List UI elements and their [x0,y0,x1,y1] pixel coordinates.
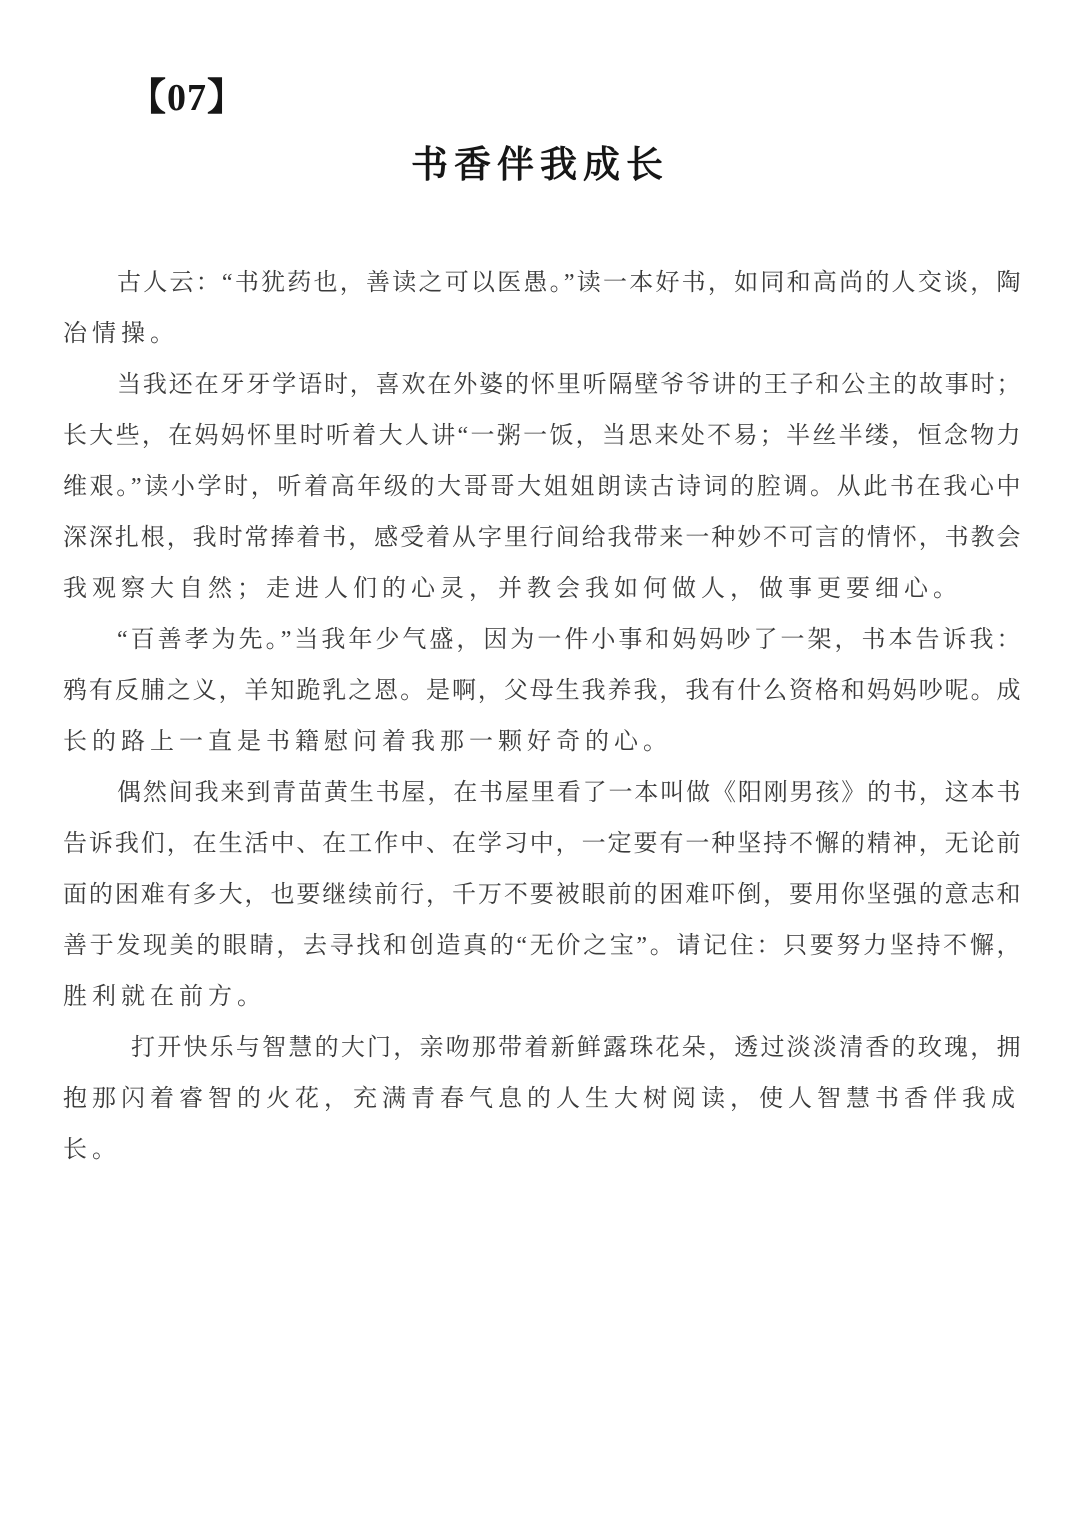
paragraph: 偶然间我来到青苗黄生书屋，在书屋里看了一本叫做《阳刚男孩》的书，这本书告诉我们，… [63,768,1021,1023]
text-line: 善于发现美的眼睛，去寻找和创造真的“无价之宝”。请记住：只要努力坚持不懈， [63,921,1021,972]
document-page: 【07】 书香伴我成长 古人云：“书犹药也，善读之可以医愚。”读一本好书，如同和… [0,0,1080,1527]
essay-body: 古人云：“书犹药也，善读之可以医愚。”读一本好书，如同和高尚的人交谈，陶冶情操。… [63,258,1021,1125]
text-line: 打开快乐与智慧的大门，亲吻那带着新鲜露珠花朵，透过淡淡清香的玫瑰，拥 [63,1023,1021,1074]
essay-number-tag: 【07】 [128,66,246,121]
text-line: 冶情操。 [63,309,1021,360]
text-line: 偶然间我来到青苗黄生书屋，在书屋里看了一本叫做《阳刚男孩》的书，这本书 [63,768,1021,819]
text-line: 维艰。”读小学时，听着高年级的大哥哥大姐姐朗读古诗词的腔调。从此书在我心中 [63,462,1021,513]
paragraph: 当我还在牙牙学语时，喜欢在外婆的怀里听隔壁爷爷讲的王子和公主的故事时；长大些，在… [63,360,1021,615]
essay-title: 书香伴我成长 [0,134,1080,188]
text-line: 鸦有反脯之义，羊知跪乳之恩。是啊，父母生我养我，我有什么资格和妈妈吵呢。成 [63,666,1021,717]
text-line: 长大些，在妈妈怀里时听着大人讲“一粥一饭，当思来处不易；半丝半缕，恒念物力 [63,411,1021,462]
text-line: 长的路上一直是书籍慰问着我那一颗好奇的心。 [63,717,1021,768]
text-line: 告诉我们，在生活中、在工作中、在学习中，一定要有一种坚持不懈的精神，无论前 [63,819,1021,870]
text-line: “百善孝为先。”当我年少气盛，因为一件小事和妈妈吵了一架，书本告诉我： [63,615,1021,666]
paragraph: “百善孝为先。”当我年少气盛，因为一件小事和妈妈吵了一架，书本告诉我：鸦有反脯之… [63,615,1021,768]
paragraph: 古人云：“书犹药也，善读之可以医愚。”读一本好书，如同和高尚的人交谈，陶冶情操。 [63,258,1021,360]
text-line: 抱那闪着睿智的火花，充满青春气息的人生大树阅读，使人智慧书香伴我成长。 [63,1074,1021,1125]
text-line: 古人云：“书犹药也，善读之可以医愚。”读一本好书，如同和高尚的人交谈，陶 [63,258,1021,309]
text-line: 我观察大自然；走进人们的心灵，并教会我如何做人，做事更要细心。 [63,564,1021,615]
text-line: 面的困难有多大，也要继续前行，千万不要被眼前的困难吓倒，要用你坚强的意志和 [63,870,1021,921]
paragraph: 打开快乐与智慧的大门，亲吻那带着新鲜露珠花朵，透过淡淡清香的玫瑰，拥抱那闪着睿智… [63,1023,1021,1125]
text-line: 深深扎根，我时常捧着书，感受着从字里行间给我带来一种妙不可言的情怀，书教会 [63,513,1021,564]
text-line: 胜利就在前方。 [63,972,1021,1023]
text-line: 当我还在牙牙学语时，喜欢在外婆的怀里听隔壁爷爷讲的王子和公主的故事时； [63,360,1021,411]
